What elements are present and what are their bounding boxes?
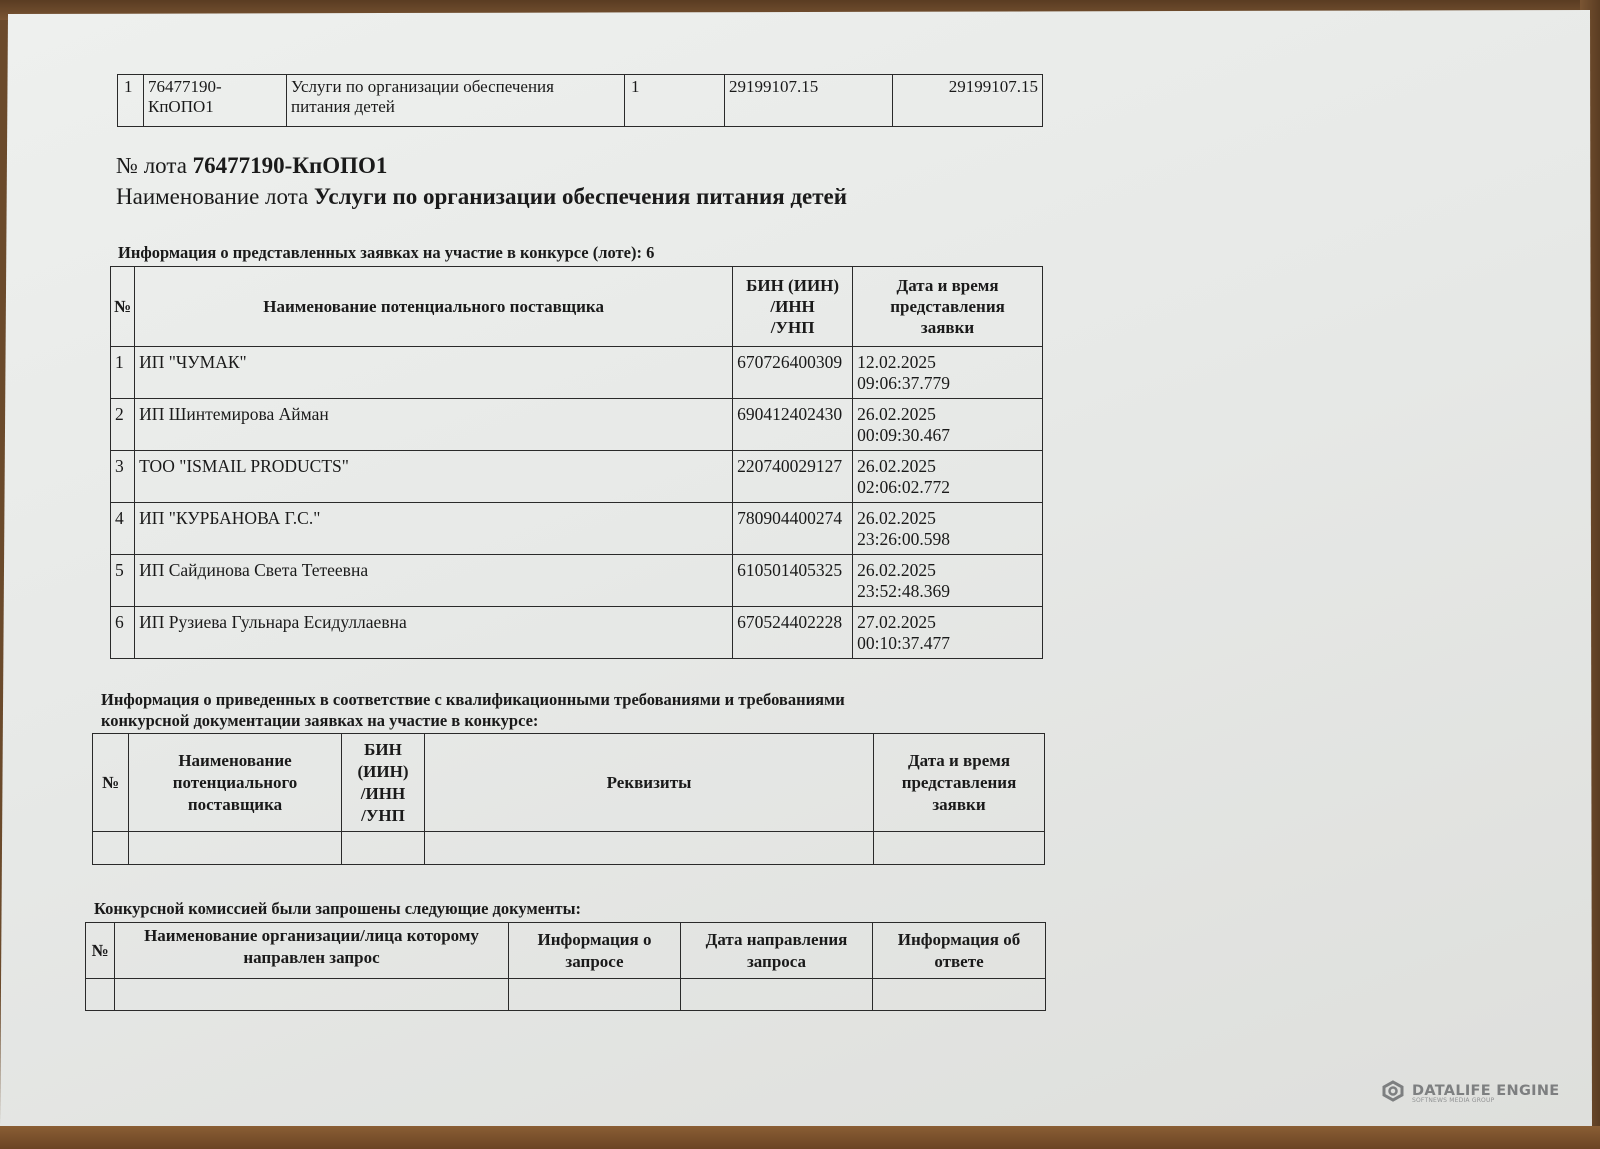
lot-description-cell: Услуги по организации обеспечения питани…	[287, 75, 625, 127]
header-line: запросе	[512, 951, 677, 973]
supplier-name: ИП "ЧУМАК"	[135, 347, 733, 399]
submission-time: 00:09:30.467	[857, 425, 1039, 446]
submission-datetime: 26.02.202500:09:30.467	[853, 399, 1043, 451]
requests-table: № Наименование организации/лица которому…	[85, 922, 1046, 1011]
row-number: 3	[111, 451, 135, 503]
supplier-name: ТОО "ISMAIL PRODUCTS"	[135, 451, 733, 503]
col-answer-info-header: Информация об ответе	[873, 923, 1046, 979]
table-row: 1ИП "ЧУМАК"67072640030912.02.202509:06:3…	[111, 347, 1043, 399]
watermark-subtitle: SOFTNEWS MEDIA GROUP	[1412, 1097, 1494, 1104]
header-line: Дата и время	[856, 275, 1039, 296]
header-line: /УНП	[345, 805, 421, 827]
col-request-info-header: Информация о запросе	[509, 923, 681, 979]
header-line: Информация о	[512, 929, 677, 951]
supplier-name: ИП Рузиева Гульнара Есидуллаевна	[135, 607, 733, 659]
submission-date: 26.02.2025	[857, 404, 1039, 425]
header-line: БИН	[345, 739, 421, 761]
supplier-name: ИП Сайдинова Света Тетеевна	[135, 555, 733, 607]
header-line: Наименование	[132, 750, 338, 772]
supplier-bin: 670524402228	[733, 607, 853, 659]
supplier-bin: 220740029127	[733, 451, 853, 503]
col-organization-header: Наименование организации/лица которому н…	[115, 923, 509, 979]
lot-code-line1: 76477190-	[148, 77, 282, 97]
supplier-bin: 780904400274	[733, 503, 853, 555]
desk-background-bottom	[0, 1126, 1600, 1149]
header-line: заявки	[877, 794, 1041, 816]
col-bin-header: БИН (ИИН) /ИНН /УНП	[342, 734, 425, 832]
header-line: ответе	[876, 951, 1042, 973]
empty-cell	[115, 979, 509, 1011]
col-requisites-header: Реквизиты	[425, 734, 874, 832]
row-number: 1	[111, 347, 135, 399]
unit-price-cell: 29199107.15	[725, 75, 893, 127]
table-row: 4ИП "КУРБАНОВА Г.С."78090440027426.02.20…	[111, 503, 1043, 555]
row-number: 5	[111, 555, 135, 607]
table-row: 5ИП Сайдинова Света Тетеевна610501405325…	[111, 555, 1043, 607]
col-num-header: №	[86, 923, 115, 979]
lot-number-heading: № лота 76477190-КпОПО1	[116, 152, 387, 180]
document-page: 1 76477190- КпОПО1 Услуги по организации…	[0, 10, 1592, 1126]
lot-code-line2: КпОПО1	[148, 97, 282, 117]
datalife-logo-icon	[1380, 1080, 1406, 1102]
empty-table-row	[86, 979, 1046, 1011]
header-line: БИН (ИИН)	[736, 275, 849, 296]
empty-cell	[873, 979, 1046, 1011]
header-line: поставщика	[132, 794, 338, 816]
table-header-row: № Наименование потенциального поставщика…	[93, 734, 1045, 832]
row-number: 2	[111, 399, 135, 451]
table-row: 3ТОО "ISMAIL PRODUCTS"22074002912726.02.…	[111, 451, 1043, 503]
row-number: 4	[111, 503, 135, 555]
header-line: /ИНН	[736, 296, 849, 317]
col-date-header: Дата и время представления заявки	[853, 267, 1043, 347]
header-line: запроса	[684, 951, 869, 973]
supplier-bin: 690412402430	[733, 399, 853, 451]
submission-datetime: 12.02.202509:06:37.779	[853, 347, 1043, 399]
empty-cell	[342, 832, 425, 865]
watermark: DATALIFE ENGINE SOFTNEWS MEDIA GROUP	[1380, 1080, 1560, 1102]
submission-time: 23:52:48.369	[857, 581, 1039, 602]
header-line: Наименование организации/лица которому	[118, 925, 505, 947]
empty-cell	[86, 979, 115, 1011]
table-header-row: № Наименование организации/лица которому…	[86, 923, 1046, 979]
empty-cell	[129, 832, 342, 865]
header-line: Дата и время	[877, 750, 1041, 772]
header-line: заявки	[856, 317, 1039, 338]
header-line: представления	[856, 296, 1039, 317]
row-number: 6	[111, 607, 135, 659]
header-line: направлен запрос	[118, 947, 505, 969]
supplier-name: ИП "КУРБАНОВА Г.С."	[135, 503, 733, 555]
lot-number-value: 76477190-КпОПО1	[193, 153, 388, 178]
submission-date: 26.02.2025	[857, 560, 1039, 581]
submission-time: 00:10:37.477	[857, 633, 1039, 654]
lot-number-label: № лота	[116, 153, 187, 178]
qualification-section-title: Информация о приведенных в соответствие …	[101, 689, 845, 731]
header-line: Дата направления	[684, 929, 869, 951]
empty-cell	[93, 832, 129, 865]
header-line: потенциального	[132, 772, 338, 794]
header-line: /ИНН	[345, 783, 421, 805]
submission-date: 26.02.2025	[857, 456, 1039, 477]
total-cell: 29199107.15	[893, 75, 1043, 127]
header-line: (ИИН)	[345, 761, 421, 783]
submission-datetime: 27.02.202500:10:37.477	[853, 607, 1043, 659]
submission-date: 26.02.2025	[857, 508, 1039, 529]
supplier-bin: 670726400309	[733, 347, 853, 399]
table-row: 2ИП Шинтемирова Айман69041240243026.02.2…	[111, 399, 1043, 451]
bids-table: № Наименование потенциального поставщика…	[110, 266, 1043, 659]
qualification-title-line1: Информация о приведенных в соответствие …	[101, 689, 845, 710]
col-supplier-header: Наименование потенциального поставщика	[135, 267, 733, 347]
empty-cell	[425, 832, 874, 865]
lot-description-line1: Услуги по организации обеспечения	[291, 77, 620, 97]
header-line: Информация об	[876, 929, 1042, 951]
submission-date: 27.02.2025	[857, 612, 1039, 633]
submission-date: 12.02.2025	[857, 352, 1039, 373]
requests-section-title: Конкурсной комиссией были запрошены след…	[94, 898, 581, 919]
qualification-title-line2: конкурсной документации заявках на участ…	[101, 710, 845, 731]
col-num-header: №	[93, 734, 129, 832]
supplier-name: ИП Шинтемирова Айман	[135, 399, 733, 451]
table-row: 6ИП Рузиева Гульнара Есидуллаевна6705244…	[111, 607, 1043, 659]
table-row: 1 76477190- КпОПО1 Услуги по организации…	[118, 75, 1043, 127]
quantity-cell: 1	[625, 75, 725, 127]
submission-time: 02:06:02.772	[857, 477, 1039, 498]
qualification-table: № Наименование потенциального поставщика…	[92, 733, 1045, 865]
table-header-row: № Наименование потенциального поставщика…	[111, 267, 1043, 347]
lot-summary-table: 1 76477190- КпОПО1 Услуги по организации…	[117, 74, 1043, 127]
submission-datetime: 26.02.202523:52:48.369	[853, 555, 1043, 607]
submission-time: 09:06:37.779	[857, 373, 1039, 394]
submission-datetime: 26.02.202523:26:00.598	[853, 503, 1043, 555]
lot-name-value: Услуги по организации обеспечения питани…	[314, 184, 847, 209]
header-line: представления	[877, 772, 1041, 794]
empty-cell	[874, 832, 1045, 865]
empty-cell	[509, 979, 681, 1011]
header-line: /УНП	[736, 317, 849, 338]
lot-description-line2: питания детей	[291, 97, 620, 117]
col-date-header: Дата и время представления заявки	[874, 734, 1045, 832]
col-bin-header: БИН (ИИН) /ИНН /УНП	[733, 267, 853, 347]
empty-cell	[681, 979, 873, 1011]
submission-time: 23:26:00.598	[857, 529, 1039, 550]
lot-code-cell: 76477190- КпОПО1	[144, 75, 287, 127]
row-number: 1	[118, 75, 144, 127]
submission-datetime: 26.02.202502:06:02.772	[853, 451, 1043, 503]
col-supplier-header: Наименование потенциального поставщика	[129, 734, 342, 832]
col-request-date-header: Дата направления запроса	[681, 923, 873, 979]
bids-section-title: Информация о представленных заявках на у…	[118, 242, 654, 263]
lot-name-heading: Наименование лота Услуги по организации …	[116, 183, 847, 211]
col-num-header: №	[111, 267, 135, 347]
empty-table-row	[93, 832, 1045, 865]
lot-name-label: Наименование лота	[116, 184, 308, 209]
supplier-bin: 610501405325	[733, 555, 853, 607]
